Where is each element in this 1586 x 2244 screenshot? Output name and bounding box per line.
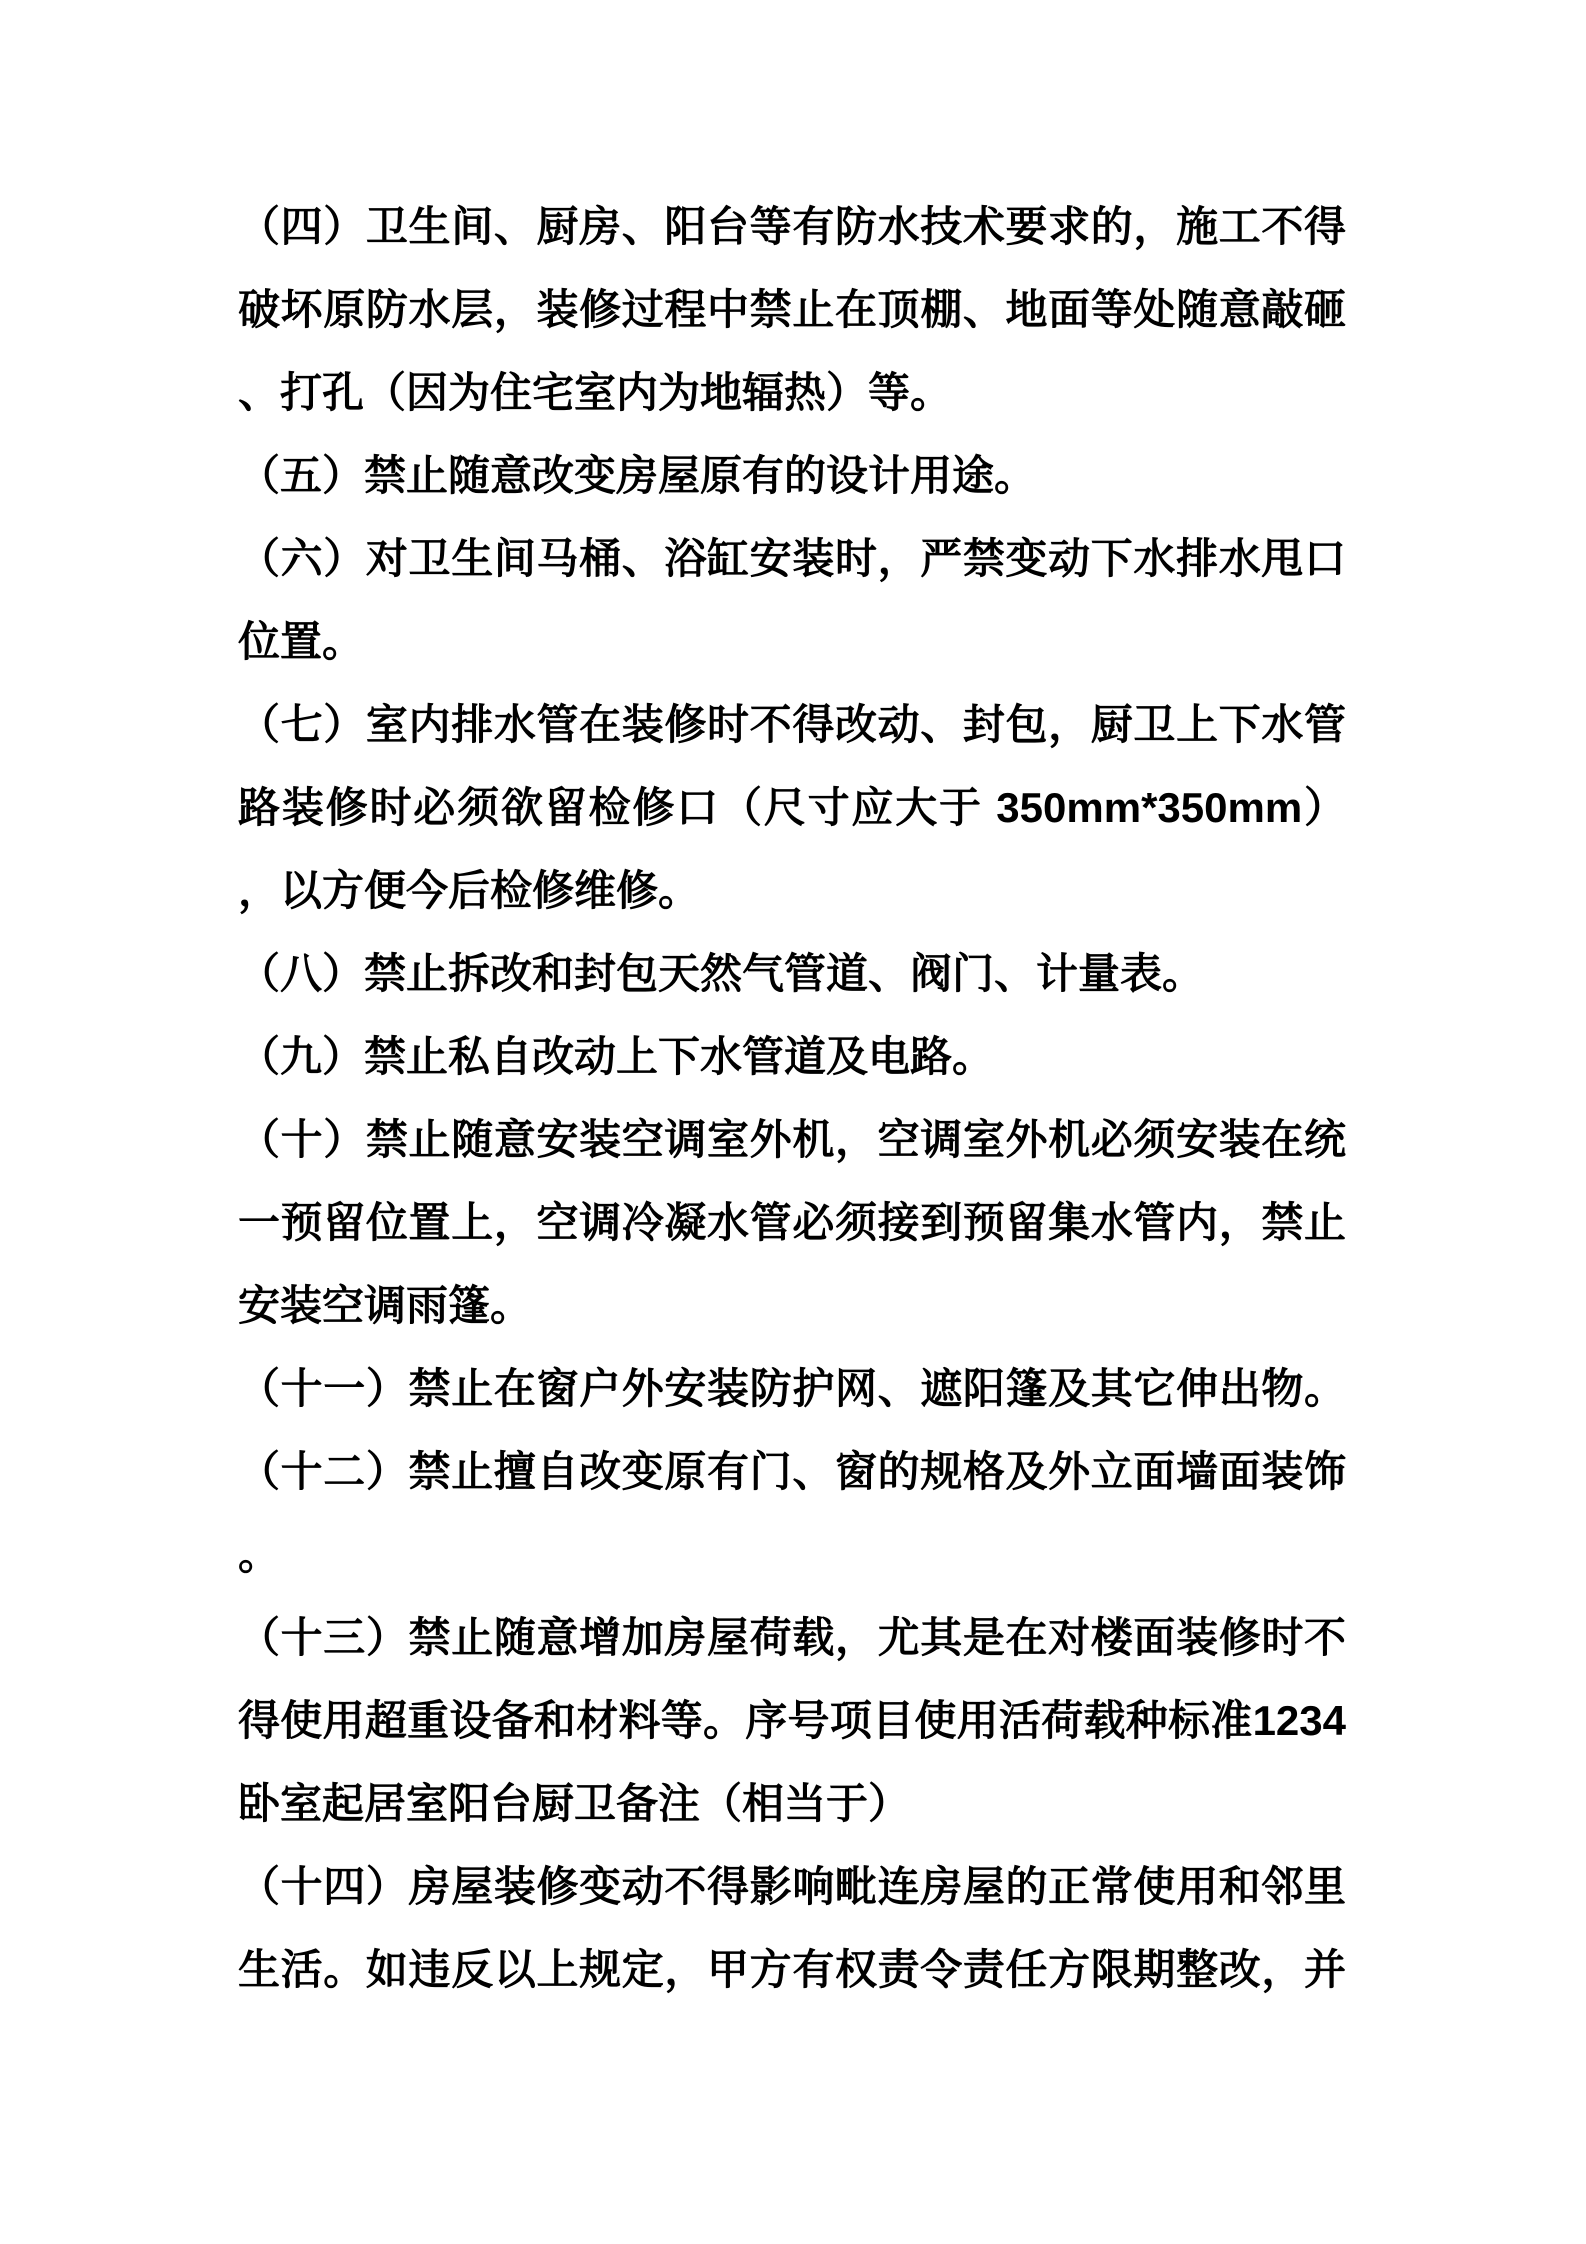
text-line: 得使用超重设备和材料等。序号项目使用活荷载种标准1234 <box>238 1679 1346 1762</box>
text-line: （九）禁止私自改动上下水管道及电路。 <box>238 1015 1346 1098</box>
document-text-block: （四）卫生间、厨房、阳台等有防水技术要求的，施工不得 破坏原防水层，装修过程中禁… <box>238 185 1346 2011</box>
text-line: （六）对卫生间马桶、浴缸安装时，严禁变动下水排水甩口 <box>238 517 1346 600</box>
text-line: （十二）禁止擅自改变原有门、窗的规格及外立面墙面装饰 <box>238 1430 1346 1513</box>
text-line: 安装空调雨篷。 <box>238 1264 1346 1347</box>
text-line: 卧室起居室阳台厨卫备注（相当于） <box>238 1762 1346 1845</box>
text-line: 路装修时必须欲留检修口（尺寸应大于 350mm*350mm） <box>238 766 1346 849</box>
text-line: （七）室内排水管在装修时不得改动、封包，厨卫上下水管 <box>238 683 1346 766</box>
text-line: （十一）禁止在窗户外安装防护网、遮阳篷及其它伸出物。 <box>238 1347 1346 1430</box>
text-line: 。 <box>238 1513 1346 1596</box>
text-line: （五）禁止随意改变房屋原有的设计用途。 <box>238 434 1346 517</box>
text-line: （十）禁止随意安装空调室外机，空调室外机必须安装在统 <box>238 1098 1346 1181</box>
text-line: （十三）禁止随意增加房屋荷载，尤其是在对楼面装修时不 <box>238 1596 1346 1679</box>
text-line: （八）禁止拆改和封包天然气管道、阀门、计量表。 <box>238 932 1346 1015</box>
text-line: （四）卫生间、厨房、阳台等有防水技术要求的，施工不得 <box>238 185 1346 268</box>
text-line: 、打孔（因为住宅室内为地辐热）等。 <box>238 351 1346 434</box>
text-line: （十四）房屋装修变动不得影响毗连房屋的正常使用和邻里 <box>238 1845 1346 1928</box>
text-line: ，以方便今后检修维修。 <box>238 849 1346 932</box>
text-line: 一预留位置上，空调冷凝水管必须接到预留集水管内，禁止 <box>238 1181 1346 1264</box>
text-line: 破坏原防水层，装修过程中禁止在顶棚、地面等处随意敲砸 <box>238 268 1346 351</box>
document-page: （四）卫生间、厨房、阳台等有防水技术要求的，施工不得 破坏原防水层，装修过程中禁… <box>0 0 1586 2244</box>
text-line: 位置。 <box>238 600 1346 683</box>
text-line: 生活。如违反以上规定，甲方有权责令责任方限期整改，并 <box>238 1928 1346 2011</box>
